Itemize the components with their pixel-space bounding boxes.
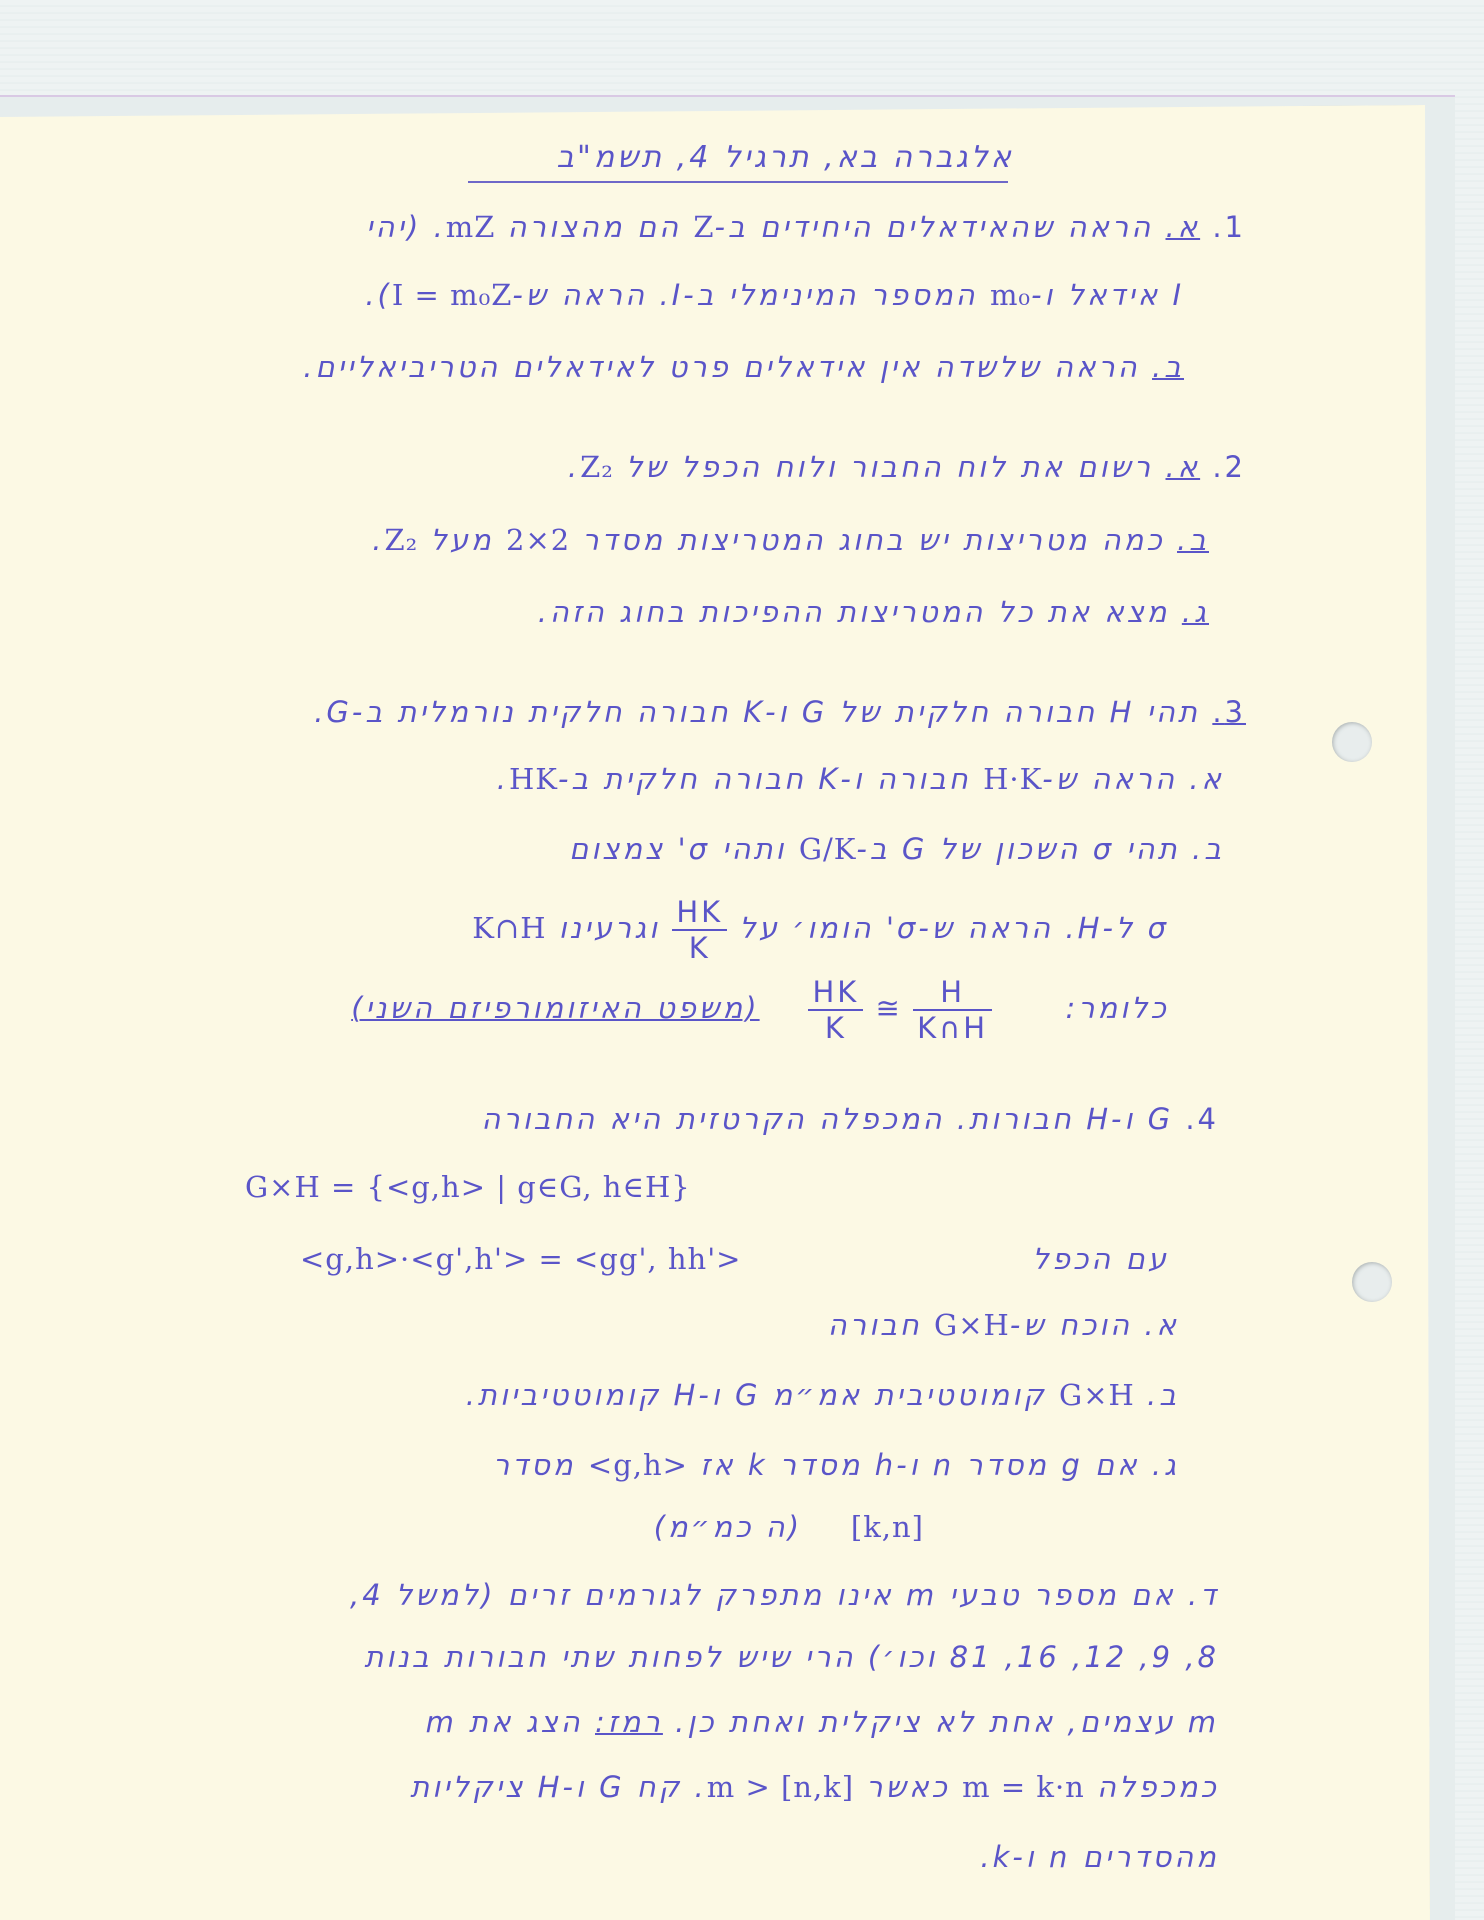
q4-d-cont-2: m עצמים, אחת לא ציקלית ואחת כן. רמז: הצג… [426,1705,1219,1739]
cartesian-product-definition: G×H = {<g,h> | g∈G, h∈H} [245,1170,691,1204]
q4-a: א. הוכח ש-G×H חבורה [828,1308,1179,1342]
product-label: עם הכפל [1033,1242,1170,1276]
q2-b: ב. כמה מטריצות יש בחוג המטריצות מסדר 2×2… [372,523,1209,557]
q4-b: ב. G×H קומוטטיבית אמ״מ G ו-H קומוטטיביות… [466,1378,1179,1412]
quotient-h-over-kh: HK∩H [913,975,992,1045]
q4-intro: 4. G ו-H חבורות. המכפלה הקרטזית היא החבו… [481,1102,1219,1136]
q1-b: ב. הראה שלשדה אין אידאלים פרט לאידאלים ה… [303,350,1184,384]
q3-b-cont: σ ל-H. הראה ש-σ' הומו׳ על HKK וגרעינו K∩… [472,895,1169,965]
q4-c-cont: [k,n] (ה כמ״מ) [654,1510,924,1544]
q4-c: ג. אם g מסדר n ו-h מסדר k אז <g,h> מסדר [493,1448,1179,1482]
punch-hole [1352,1262,1392,1302]
quotient-hk-over-k: HKK [672,895,727,965]
q3-a: א. הראה ש-H·K חבורה ו-K חבורה חלקית ב-HK… [497,762,1224,796]
title-underline [468,181,1008,183]
q3-intro: 3. תהי H חבורה חלקית של G ו-K חבורה חלקי… [314,695,1246,729]
hint-label: רמז: [595,1705,663,1739]
product-rule: <g,h>·<g',h'> = <gg', hh'> [300,1242,741,1276]
q4-d-cont-1: 8, 9, 12, 16, 81 וכו׳) הרי שיש לפחות שתי… [364,1640,1219,1674]
punch-hole [1332,722,1372,762]
q1-a: 1. א. הראה שהאידאלים היחידים ב-Z הם מהצו… [366,210,1246,244]
q2-a: 2. א. רשום את לוח החבור ולוח הכפל של Z₂. [568,450,1246,484]
q4-d-cont-3: כמכפלה m = k·n כאשר m > [n,k]. קח G ו-H … [410,1770,1219,1804]
q2-c: ג. מצא את כל המטריצות ההפיכות בחוג הזה. [538,595,1209,629]
q3-b: ב. תהי σ השכון של G ב-G/K ותהי σ' צמצום [569,832,1224,866]
q1-a-cont: I אידאל ו-m₀ המספר המינימלי ב-I. הראה ש-… [365,278,1184,312]
page-title: אלגברה בא, תרגיל 4, תשמ"ב [557,140,1014,175]
q3-isomorphism: כלומר: HK∩H ≅ HKK (משפט האיזומורפיזם השנ… [351,975,1169,1045]
q4-d: ד. אם מספר טבעי m אינו מתפרק לגורמים זרי… [350,1578,1219,1612]
quotient-hk-over-k: HKK [808,975,863,1045]
q4-d-cont-4: מהסדרים n ו-k. [980,1840,1219,1874]
